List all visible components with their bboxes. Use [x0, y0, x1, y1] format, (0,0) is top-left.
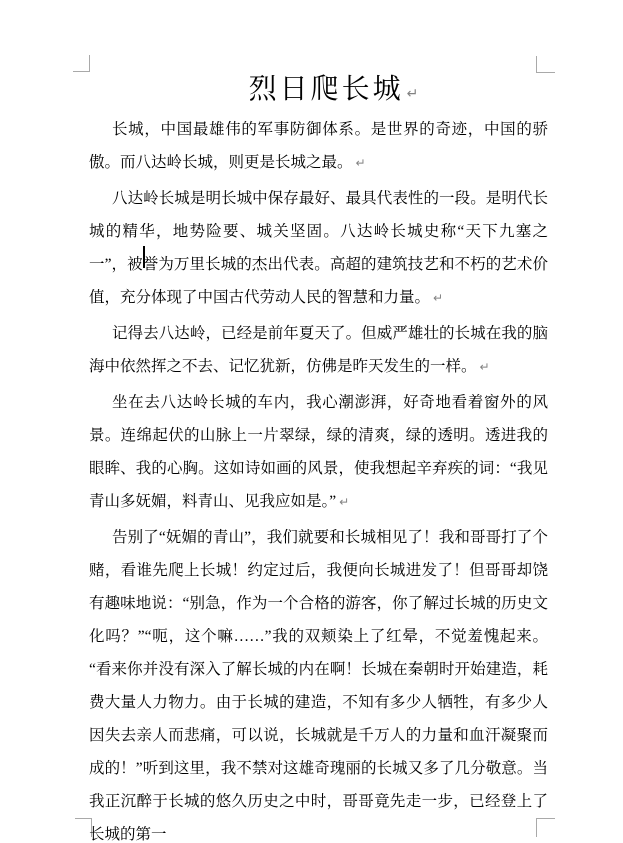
margin-mark-top-right-icon: [536, 56, 555, 73]
paragraph-text: 坐在去八达岭长城的车内，我心潮澎湃，好奇地看着窗外的风景。连绵起伏的山脉上一片翠…: [89, 394, 548, 510]
paragraph-mark-icon: ↵: [353, 156, 366, 170]
paragraph[interactable]: 记得去八达岭，已经是前年夏天了。但威严雄壮的长城在我的脑海中依然挥之不去、记忆犹…: [89, 317, 548, 384]
text-cursor: [143, 246, 145, 268]
paragraph-mark-icon: ↵: [477, 360, 490, 374]
paragraph-mark-icon: ↵: [336, 495, 349, 509]
paragraph-text: 长城，中国最雄伟的军事防御体系。是世界的奇迹，中国的骄傲。而八达岭长城，则更是长…: [89, 121, 548, 171]
margin-mark-top-left-icon: [73, 55, 90, 72]
document-page[interactable]: 烈日爬长城↵ 长城，中国最雄伟的军事防御体系。是世界的奇迹，中国的骄傲。而八达岭…: [0, 0, 623, 843]
paragraph-text: 告别了“妩媚的青山”，我们就要和长城相见了！我和哥哥打了个赌，看谁先爬上长城！约…: [89, 529, 548, 843]
document-body[interactable]: 长城，中国最雄伟的军事防御体系。是世界的奇迹，中国的骄傲。而八达岭长城，则更是长…: [89, 113, 548, 843]
document-title[interactable]: 烈日爬长城↵: [89, 73, 548, 111]
paragraph[interactable]: 八达岭长城是明长城中保存最好、最具代表性的一段。是明代长城的精华，地势险要、城关…: [89, 182, 548, 315]
paragraph[interactable]: 坐在去八达岭长城的车内，我心潮澎湃，好奇地看着窗外的风景。连绵起伏的山脉上一片翠…: [89, 386, 548, 519]
text-area[interactable]: 烈日爬长城↵ 长城，中国最雄伟的军事防御体系。是世界的奇迹，中国的骄傲。而八达岭…: [89, 73, 548, 843]
paragraph[interactable]: 告别了“妩媚的青山”，我们就要和长城相见了！我和哥哥打了个赌，看谁先爬上长城！约…: [89, 521, 548, 843]
paragraph-mark-icon: ↵: [430, 291, 443, 305]
paragraph[interactable]: 长城，中国最雄伟的军事防御体系。是世界的奇迹，中国的骄傲。而八达岭长城，则更是长…: [89, 113, 548, 180]
paragraph-text: 八达岭长城是明长城中保存最好、最具代表性的一段。是明代长城的精华，地势险要、城关…: [89, 190, 548, 306]
title-text: 烈日爬长城: [249, 74, 404, 105]
paragraph-mark-icon: ↵: [404, 86, 419, 102]
